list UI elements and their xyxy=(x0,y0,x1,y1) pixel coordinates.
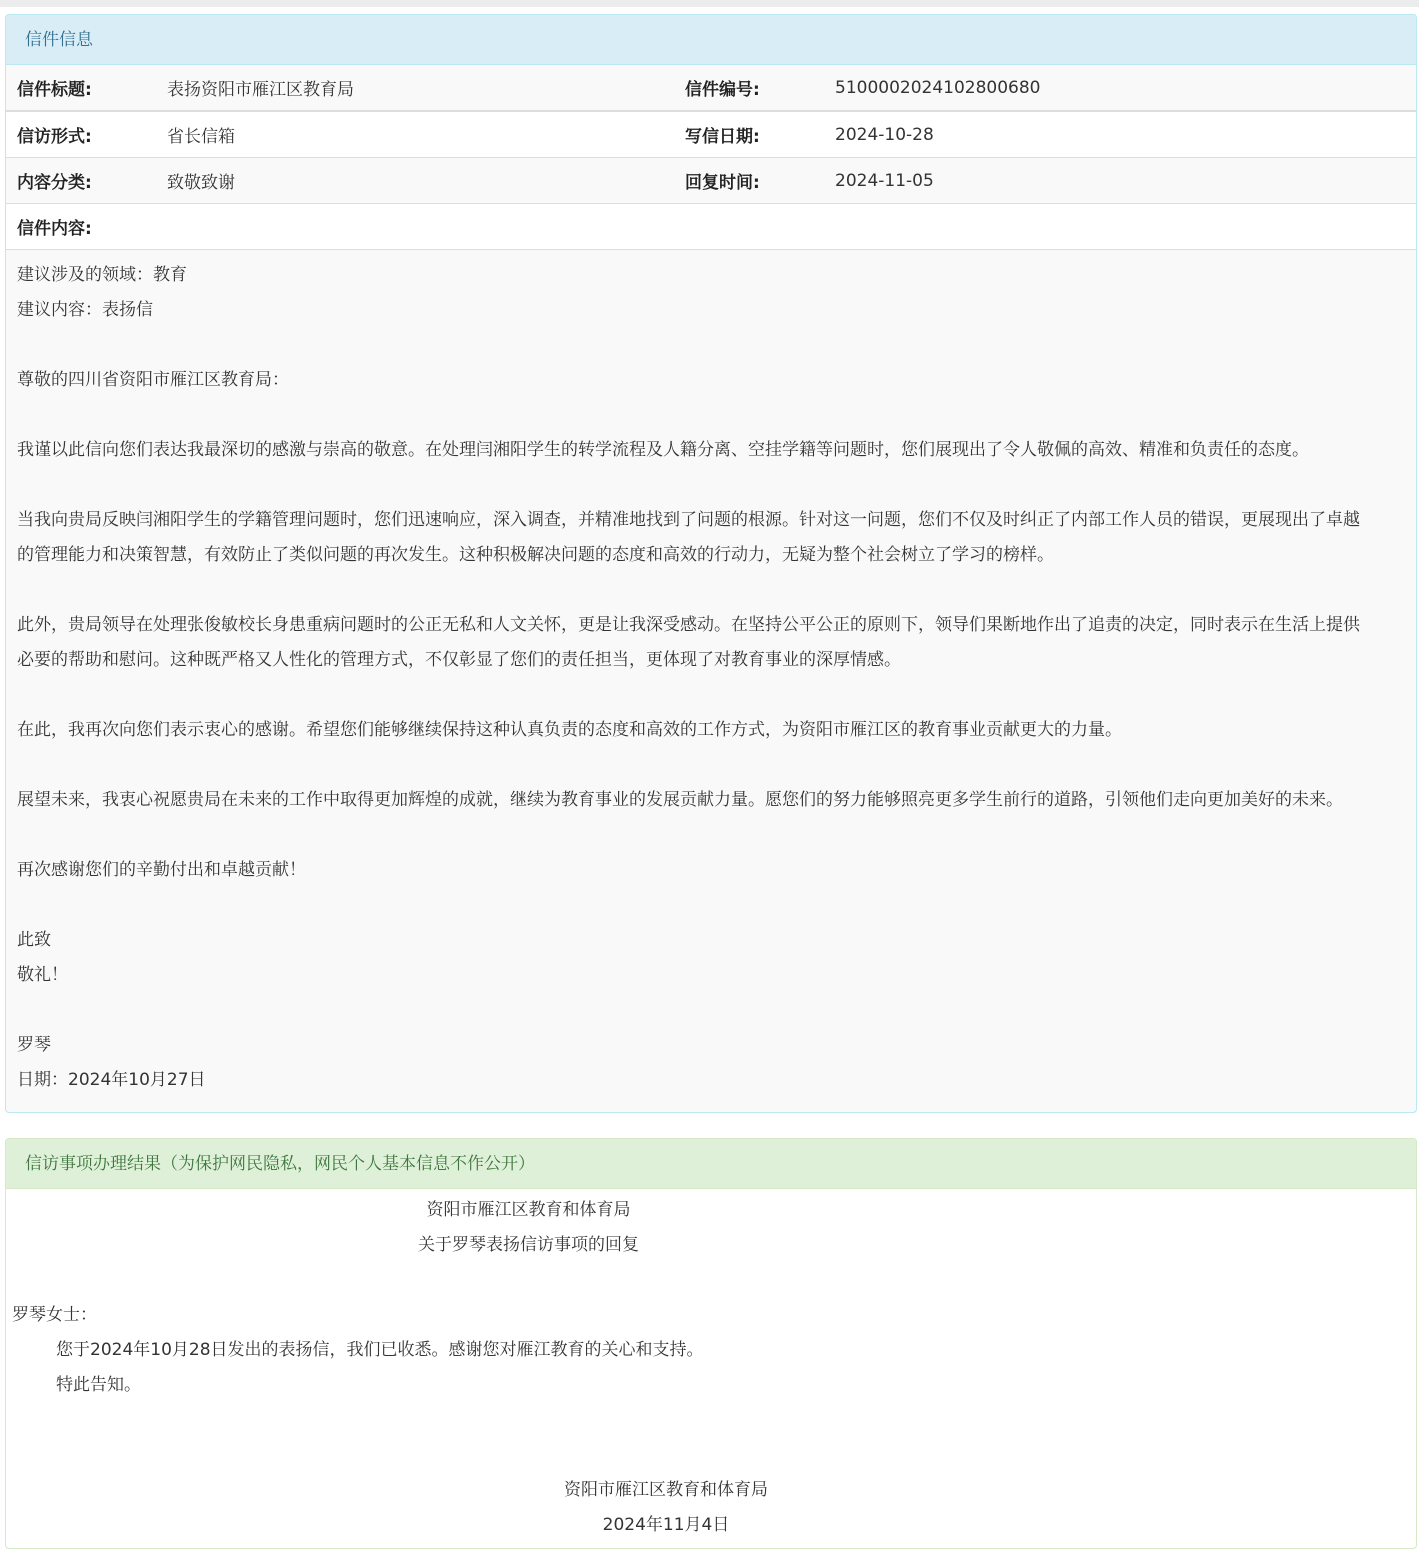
letter-body: 建议涉及的领域：教育 建议内容：表扬信 尊敬的四川省资阳市雁江区教育局： 我谨以… xyxy=(6,250,1416,1098)
paragraph-4: 在此，我再次向您们表示衷心的感谢。希望您们能够继续保持这种认真负责的态度和高效的… xyxy=(17,713,1405,748)
paragraph-2b: 的管理能力和决策智慧，有效防止了类似问题的再次发生。这种积极解决问题的态度和高效… xyxy=(17,538,1405,573)
form-label: 信访形式: xyxy=(6,111,156,158)
reply-panel: 信访事项办理结果（为保护网民隐私，网民个人基本信息不作公开） 资阳市雁江区教育和… xyxy=(5,1138,1417,1549)
letter-info-heading: 信件信息 xyxy=(6,15,1416,65)
paragraph-3a: 此外，贵局领导在处理张俊敏校长身患重病问题时的公正无私和人文关怀，更是让我深受感… xyxy=(17,608,1405,643)
paragraph-3b: 必要的帮助和慰问。这种既严格又人性化的管理方式，不仅彰显了您们的责任担当，更体现… xyxy=(17,643,1405,678)
content-line: 建议内容：表扬信 xyxy=(17,293,1405,328)
paragraph-5: 展望未来，我衷心祝愿贵局在未来的工作中取得更加辉煌的成就，继续为教育事业的发展贡… xyxy=(17,783,1405,818)
reply-subject: 关于罗琴表扬信访事项的回复 xyxy=(6,1228,1051,1263)
domain-line: 建议涉及的领域：教育 xyxy=(17,258,1405,293)
form-value: 省长信箱 xyxy=(156,111,674,158)
paragraph-1: 我谨以此信向您们表达我最深切的感激与崇高的敬意。在处理闫湘阳学生的转学流程及人籍… xyxy=(17,433,1405,468)
write-date-label: 写信日期: xyxy=(674,111,824,158)
letter-meta-table: 信件标题: 表扬资阳市雁江区教育局 信件编号: 5100002024102800… xyxy=(6,65,1416,250)
signature: 罗琴 xyxy=(17,1028,1405,1063)
paragraph-2a: 当我向贵局反映闫湘阳学生的学籍管理问题时，您们迅速响应，深入调查，并精准地找到了… xyxy=(17,503,1405,538)
reply-sign-date: 2024年11月4日 xyxy=(6,1508,1326,1543)
write-date-value: 2024-10-28 xyxy=(824,111,1416,158)
meta-row-category: 内容分类: 致敬致谢 回复时间: 2024-11-05 xyxy=(6,158,1416,204)
number-value: 5100002024102800680 xyxy=(824,65,1416,111)
reply-time-label: 回复时间: xyxy=(674,158,824,204)
reply-sign-org: 资阳市雁江区教育和体育局 xyxy=(6,1473,1326,1508)
closing-2: 敬礼！ xyxy=(17,958,1405,993)
category-label: 内容分类: xyxy=(6,158,156,204)
reply-time-value: 2024-11-05 xyxy=(824,158,1416,204)
reply-org-title: 资阳市雁江区教育和体育局 xyxy=(6,1193,1051,1228)
salutation: 尊敬的四川省资阳市雁江区教育局： xyxy=(17,363,1405,398)
reply-greeting: 罗琴女士： xyxy=(6,1298,1416,1333)
paragraph-6: 再次感谢您们的辛勤付出和卓越贡献！ xyxy=(17,853,1405,888)
meta-row-form: 信访形式: 省长信箱 写信日期: 2024-10-28 xyxy=(6,111,1416,158)
closing-1: 此致 xyxy=(17,923,1405,958)
reply-body: 资阳市雁江区教育和体育局 关于罗琴表扬信访事项的回复 罗琴女士： 您于2024年… xyxy=(6,1189,1416,1543)
reply-heading: 信访事项办理结果（为保护网民隐私，网民个人基本信息不作公开） xyxy=(6,1139,1416,1189)
reply-body-line-2: 特此告知。 xyxy=(6,1368,1416,1403)
title-value: 表扬资阳市雁江区教育局 xyxy=(156,65,674,111)
number-label: 信件编号: xyxy=(674,65,824,111)
category-value: 致敬致谢 xyxy=(156,158,674,204)
content-label: 信件内容: xyxy=(6,204,1416,250)
letter-info-panel: 信件信息 信件标题: 表扬资阳市雁江区教育局 信件编号: 51000020241… xyxy=(5,14,1417,1113)
meta-row-content: 信件内容: xyxy=(6,204,1416,250)
top-strip xyxy=(0,0,1419,7)
meta-row-title: 信件标题: 表扬资阳市雁江区教育局 信件编号: 5100002024102800… xyxy=(6,65,1416,111)
letter-date: 日期：2024年10月27日 xyxy=(17,1063,1405,1098)
title-label: 信件标题: xyxy=(6,65,156,111)
reply-body-line-1: 您于2024年10月28日发出的表扬信，我们已收悉。感谢您对雁江教育的关心和支持… xyxy=(6,1333,1416,1368)
